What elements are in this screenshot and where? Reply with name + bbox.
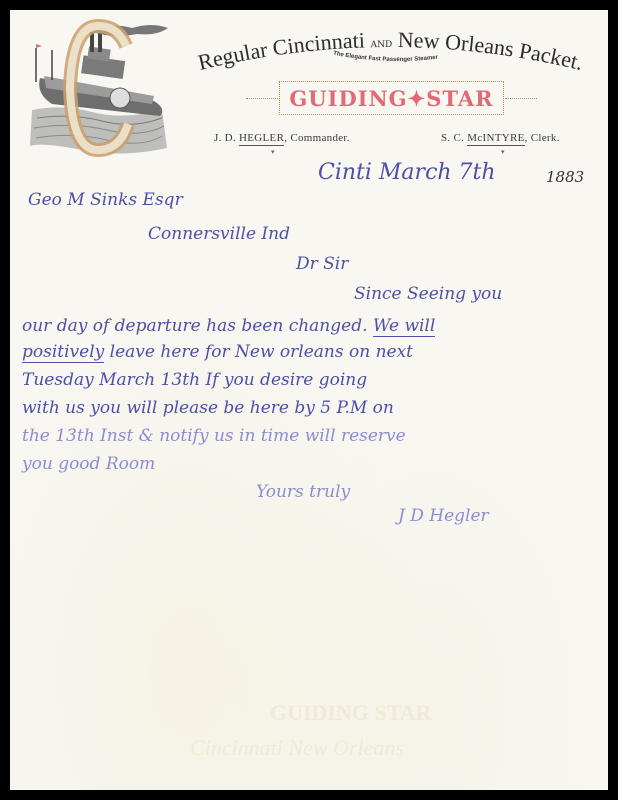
ship-name: GUIDING✦STAR (289, 88, 493, 109)
steamboat-vignette (22, 18, 174, 158)
clerk-line: S. C. McINTYRE, Clerk. (441, 132, 560, 144)
watermark-line-2: Cincinnati New Orleans (190, 735, 404, 761)
emphasis-positively: positively (22, 342, 104, 363)
watermark-line-1: GUIDING STAR (270, 700, 432, 726)
svg-text:The Elegant Fast Passenger Ste: The Elegant Fast Passenger Steamer (333, 51, 439, 63)
tagline-text: The Elegant Fast Passenger Steamer (333, 51, 439, 63)
body-line-3: positively leave here for New orleans on… (22, 344, 413, 361)
clerk-name: McINTYRE (467, 132, 524, 146)
letter-year: 1883 (546, 170, 584, 185)
commander-ornament-icon: ▾ (271, 148, 275, 156)
addressee: Geo M Sinks Esqr (28, 192, 183, 209)
addressee-city: Connersville Ind (148, 226, 290, 243)
body-line-5: with us you will please be here by 5 P.M… (22, 400, 394, 417)
body-line-2: our day of departure has been changed. W… (22, 318, 435, 335)
clerk-ornament-icon: ▾ (501, 148, 505, 156)
body-line-6: the 13th Inst & notify us in time will r… (22, 428, 406, 445)
signature: J D Hegler (398, 508, 489, 525)
emphasis-we-will: We will (373, 316, 435, 337)
commander-name: HEGLER (239, 132, 284, 146)
closing: Yours truly (256, 484, 350, 501)
commander-line: J. D. HEGLER, Commander. (214, 132, 350, 144)
place-date: Cinti March 7th (318, 162, 496, 184)
body-line-7: you good Room (22, 456, 155, 473)
ship-name-banner: GUIDING✦STAR (279, 81, 504, 115)
tagline: The Elegant Fast Passenger Steamer (328, 46, 468, 70)
body-line-1: Since Seeing you (354, 286, 502, 303)
salutation: Dr Sir (296, 256, 348, 273)
steamboat-illustration-icon (22, 18, 174, 158)
body-line-4: Tuesday March 13th If you desire going (22, 372, 367, 389)
